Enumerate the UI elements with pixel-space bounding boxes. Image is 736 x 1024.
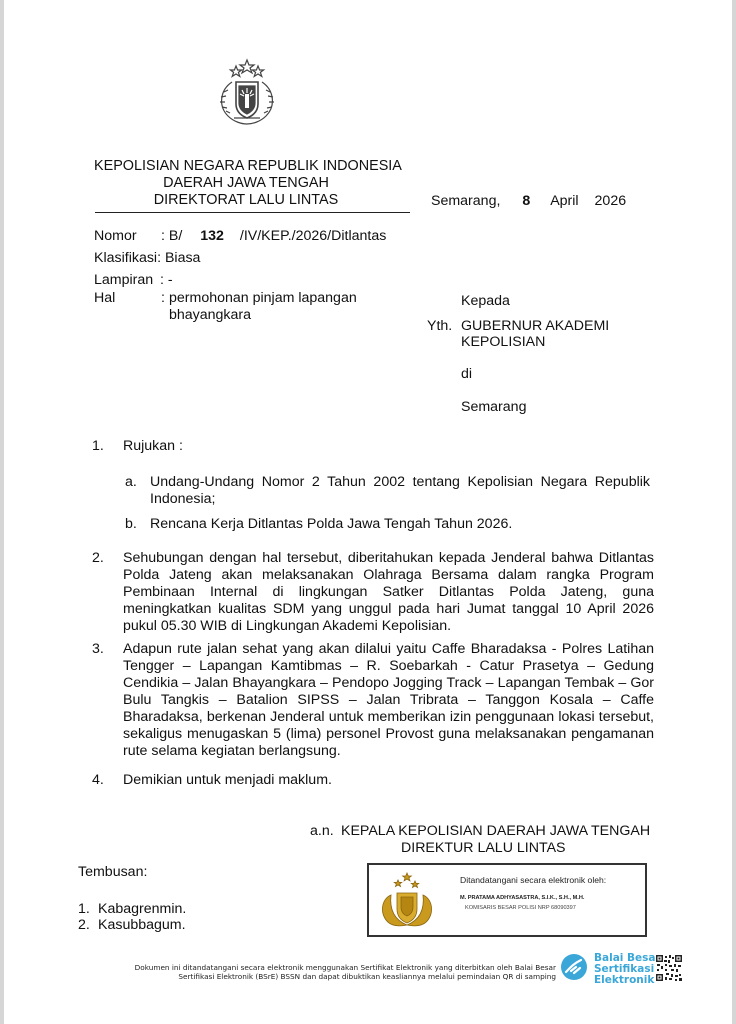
date-month: April (550, 193, 578, 209)
bsre-label: Balai Besar Sertifikasi Elektronik (594, 953, 661, 986)
recipient-kepada: Kepada (461, 293, 510, 310)
meta-hal-value-1: permohonan pinjam lapangan (169, 290, 357, 307)
date-day: 8 (522, 193, 530, 209)
item-1-text: Rujukan : (123, 438, 183, 455)
subitem-a-letter: a. (125, 474, 137, 491)
tembusan-2-text: Kasubbagum. (98, 917, 186, 934)
tembusan-2-number: 2. (78, 917, 90, 934)
subitem-a-text: Undang-Undang Nomor 2 Tahun 2002 tentang… (150, 474, 650, 508)
recipient-place: Semarang (461, 399, 526, 416)
tembusan-1-number: 1. (78, 901, 90, 918)
meta-nomor-value: : B/ 132 /IV/KEP./2026/Ditlantas (161, 228, 386, 245)
meta-lampiran-value: : - (160, 272, 173, 289)
police-emblem-icon (214, 56, 280, 128)
item-2-number: 2. (92, 550, 104, 567)
item-3-number: 3. (92, 641, 104, 658)
verification-qr-code[interactable] (656, 955, 682, 981)
signature-title-1: KEPALA KEPOLISIAN DAERAH JAWA TENGAH (341, 823, 650, 840)
subitem-b-letter: b. (125, 516, 137, 533)
subitem-b-text: Rencana Kerja Ditlantas Polda Jawa Tenga… (150, 516, 512, 533)
recipient-name-1: GUBERNUR AKADEMI (461, 318, 609, 335)
signature-an: a.n. (310, 823, 334, 840)
bsre-logo-icon (559, 952, 589, 982)
org-line-3: DIREKTORAT LALU LINTAS (94, 192, 410, 209)
item-4-text: Demikian untuk menjadi maklum. (123, 772, 332, 789)
letter-date: Semarang, 8 April 2026 (431, 193, 626, 210)
nomor-number: 132 (200, 228, 224, 244)
tembusan-label: Tembusan: (78, 864, 147, 881)
recipient-yth: Yth. (427, 318, 452, 335)
signer-rank: KOMISARIS BESAR POLISI NRP 68090397 (465, 905, 576, 911)
document-page: KEPOLISIAN NEGARA REPUBLIK INDONESIA DAE… (4, 0, 732, 1024)
police-emblem-gold-icon (377, 871, 437, 929)
tembusan-1-text: Kabagrenmin. (98, 901, 186, 918)
recipient-di: di (461, 366, 472, 383)
date-city: Semarang, (431, 193, 500, 209)
letterhead: KEPOLISIAN NEGARA REPUBLIK INDONESIA DAE… (94, 158, 410, 209)
signature-title-2: DIREKTUR LALU LINTAS (401, 840, 566, 857)
meta-hal-sep: : (161, 290, 165, 307)
meta-lampiran: Lampiran (94, 272, 153, 289)
org-line-2: DAERAH JAWA TENGAH (94, 175, 410, 192)
signer-name: M. PRATAMA ADHYASASTRA, S.I.K., S.H., M.… (460, 895, 584, 901)
meta-hal-value-2: bhayangkara (169, 307, 251, 324)
recipient-name-2: KEPOLISIAN (461, 334, 545, 351)
letterhead-divider (95, 212, 410, 213)
footer-note: Dokumen ini ditandatangani secara elektr… (134, 963, 556, 981)
meta-hal-label: Hal (94, 290, 115, 307)
item-3-text: Adapun rute jalan sehat yang akan dilalu… (123, 641, 654, 760)
item-2-text: Sehubungan dengan hal tersebut, diberita… (123, 550, 654, 635)
item-4-number: 4. (92, 772, 104, 789)
meta-nomor: Nomor (94, 228, 137, 245)
org-line-1: KEPOLISIAN NEGARA REPUBLIK INDONESIA (94, 158, 410, 175)
item-1-number: 1. (92, 438, 104, 455)
signed-by-label: Ditandatangani secara elektronik oleh: (460, 875, 606, 885)
electronic-signature-box: Ditandatangani secara elektronik oleh: M… (367, 863, 647, 937)
date-year: 2026 (595, 193, 627, 209)
meta-klasifikasi: Klasifikasi: Biasa (94, 250, 200, 267)
